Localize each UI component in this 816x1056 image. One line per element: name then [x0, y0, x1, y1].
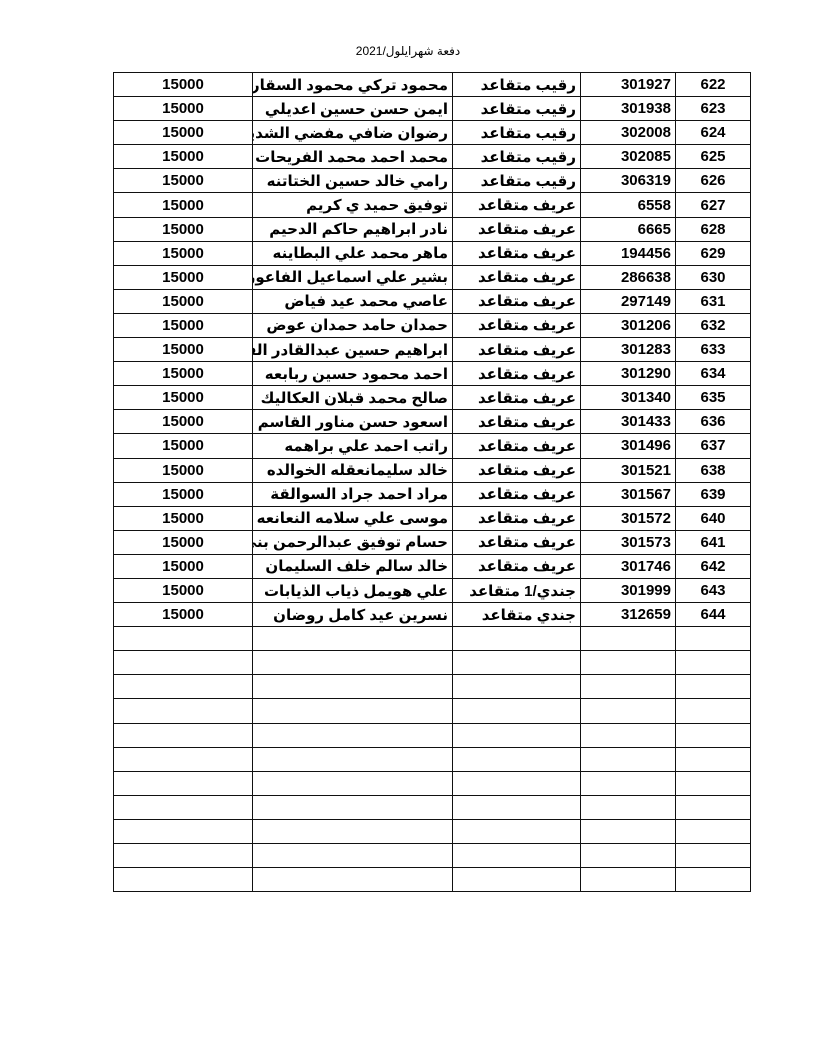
table-row: 15000رامي خالد حسين الختاتنهرقيب متقاعد3… [114, 169, 751, 193]
table-row: 15000ماهر محمد علي البطاينهعريف متقاعد19… [114, 241, 751, 265]
name-cell: محمد احمد محمد الفريحات [253, 145, 453, 169]
empty-military-id-cell [581, 699, 676, 723]
empty-name-cell [253, 747, 453, 771]
table-row: 15000خالد سليمانعقله الخوالدهعريف متقاعد… [114, 458, 751, 482]
amount-cell: 15000 [114, 145, 253, 169]
sequence-number-cell: 627 [676, 193, 751, 217]
name-cell: راتب احمد علي براهمه [253, 434, 453, 458]
empty-sequence-number-cell [676, 868, 751, 892]
empty-table-row [114, 747, 751, 771]
amount-cell: 15000 [114, 410, 253, 434]
rank-cell: رقيب متقاعد [453, 145, 581, 169]
name-cell: ابراهيم حسين عبدالقادر القواقنه [253, 338, 453, 362]
rank-cell: عريف متقاعد [453, 265, 581, 289]
military-id-cell: 302008 [581, 121, 676, 145]
table-row: 15000ابراهيم حسين عبدالقادر القواقنهعريف… [114, 338, 751, 362]
sequence-number-cell: 633 [676, 338, 751, 362]
rank-cell: عريف متقاعد [453, 482, 581, 506]
sequence-number-cell: 628 [676, 217, 751, 241]
amount-cell: 15000 [114, 578, 253, 602]
sequence-number-cell: 631 [676, 289, 751, 313]
empty-amount-cell [114, 819, 253, 843]
table-row: 15000مراد احمد جراد السوالقةعريف متقاعد3… [114, 482, 751, 506]
military-id-cell: 194456 [581, 241, 676, 265]
military-id-cell: 312659 [581, 603, 676, 627]
name-cell: خالد سليمانعقله الخوالده [253, 458, 453, 482]
military-id-cell: 301496 [581, 434, 676, 458]
sequence-number-cell: 624 [676, 121, 751, 145]
rank-cell: عريف متقاعد [453, 241, 581, 265]
empty-rank-cell [453, 675, 581, 699]
name-cell: حسام توفيق عبدالرحمن بني عطا [253, 530, 453, 554]
empty-rank-cell [453, 844, 581, 868]
military-id-cell: 301290 [581, 362, 676, 386]
table-row: 15000راتب احمد علي براهمهعريف متقاعد3014… [114, 434, 751, 458]
empty-sequence-number-cell [676, 651, 751, 675]
name-cell: توفيق حميد ي كريم [253, 193, 453, 217]
table-row: 15000حسام توفيق عبدالرحمن بني عطاعريف مت… [114, 530, 751, 554]
empty-name-cell [253, 868, 453, 892]
table-row: 15000موسى علي سلامه النعانعهعريف متقاعد3… [114, 506, 751, 530]
rank-cell: رقيب متقاعد [453, 169, 581, 193]
name-cell: نادر ابراهيم حاكم الدحيم [253, 217, 453, 241]
name-cell: رضوان ضافي مفضي الشديفات [253, 121, 453, 145]
table-row: 15000نسرين عيد كامل روضانجندي متقاعد3126… [114, 603, 751, 627]
military-id-cell: 301340 [581, 386, 676, 410]
sequence-number-cell: 634 [676, 362, 751, 386]
name-cell: احمد محمود حسين ربابعه [253, 362, 453, 386]
amount-cell: 15000 [114, 482, 253, 506]
name-cell: عاصي محمد عيد فياض [253, 289, 453, 313]
amount-cell: 15000 [114, 313, 253, 337]
table-row: 15000نادر ابراهيم حاكم الدحيمعريف متقاعد… [114, 217, 751, 241]
roster-table: 15000محمود تركي محمود السقاررقيب متقاعد3… [113, 72, 751, 892]
empty-table-row [114, 627, 751, 651]
empty-sequence-number-cell [676, 747, 751, 771]
table-row: 15000بشير علي اسماعيل الفاعورعريف متقاعد… [114, 265, 751, 289]
military-id-cell: 301283 [581, 338, 676, 362]
empty-military-id-cell [581, 723, 676, 747]
name-cell: موسى علي سلامه النعانعه [253, 506, 453, 530]
table-row: 15000احمد محمود حسين ربابعهعريف متقاعد30… [114, 362, 751, 386]
empty-table-row [114, 675, 751, 699]
table-row: 15000محمد احمد محمد الفريحاترقيب متقاعد3… [114, 145, 751, 169]
military-id-cell: 301746 [581, 554, 676, 578]
empty-rank-cell [453, 651, 581, 675]
amount-cell: 15000 [114, 73, 253, 97]
table-row: 15000صالح محمد قبلان العكاليكعريف متقاعد… [114, 386, 751, 410]
sequence-number-cell: 640 [676, 506, 751, 530]
table-row: 15000علي هويمل ذياب الذياباتجندي/1 متقاع… [114, 578, 751, 602]
empty-sequence-number-cell [676, 844, 751, 868]
sequence-number-cell: 629 [676, 241, 751, 265]
military-id-cell: 301567 [581, 482, 676, 506]
empty-amount-cell [114, 747, 253, 771]
empty-name-cell [253, 795, 453, 819]
rank-cell: رقيب متقاعد [453, 73, 581, 97]
name-cell: صالح محمد قبلان العكاليك [253, 386, 453, 410]
amount-cell: 15000 [114, 362, 253, 386]
military-id-cell: 301572 [581, 506, 676, 530]
name-cell: محمود تركي محمود السقار [253, 73, 453, 97]
empty-sequence-number-cell [676, 723, 751, 747]
name-cell: ايمن حسن حسين اعديلي [253, 97, 453, 121]
empty-military-id-cell [581, 868, 676, 892]
table-row: 15000رضوان ضافي مفضي الشديفاترقيب متقاعد… [114, 121, 751, 145]
rank-cell: عريف متقاعد [453, 193, 581, 217]
name-cell: رامي خالد حسين الختاتنه [253, 169, 453, 193]
table-row: 15000اسعود حسن مناور القاسمعريف متقاعد30… [114, 410, 751, 434]
empty-rank-cell [453, 723, 581, 747]
rank-cell: عريف متقاعد [453, 410, 581, 434]
empty-table-row [114, 868, 751, 892]
name-cell: مراد احمد جراد السوالقة [253, 482, 453, 506]
empty-amount-cell [114, 723, 253, 747]
empty-rank-cell [453, 819, 581, 843]
rank-cell: رقيب متقاعد [453, 121, 581, 145]
sequence-number-cell: 622 [676, 73, 751, 97]
empty-amount-cell [114, 795, 253, 819]
rank-cell: عريف متقاعد [453, 386, 581, 410]
empty-sequence-number-cell [676, 675, 751, 699]
amount-cell: 15000 [114, 217, 253, 241]
empty-table-row [114, 699, 751, 723]
empty-amount-cell [114, 699, 253, 723]
name-cell: علي هويمل ذياب الذيابات [253, 578, 453, 602]
amount-cell: 15000 [114, 265, 253, 289]
empty-military-id-cell [581, 844, 676, 868]
empty-name-cell [253, 819, 453, 843]
military-id-cell: 306319 [581, 169, 676, 193]
empty-name-cell [253, 771, 453, 795]
page-title: دفعة شهرايلول/2021 [0, 44, 816, 58]
empty-table-row [114, 651, 751, 675]
table-row: 15000عاصي محمد عيد فياضعريف متقاعد297149… [114, 289, 751, 313]
name-cell: خالد سالم خلف السليمان [253, 554, 453, 578]
rank-cell: عريف متقاعد [453, 554, 581, 578]
name-cell: اسعود حسن مناور القاسم [253, 410, 453, 434]
amount-cell: 15000 [114, 97, 253, 121]
table-row: 15000محمود تركي محمود السقاررقيب متقاعد3… [114, 73, 751, 97]
amount-cell: 15000 [114, 241, 253, 265]
sequence-number-cell: 637 [676, 434, 751, 458]
table-row: 15000توفيق حميد ي كريمعريف متقاعد6558627 [114, 193, 751, 217]
amount-cell: 15000 [114, 386, 253, 410]
rank-cell: عريف متقاعد [453, 434, 581, 458]
empty-sequence-number-cell [676, 795, 751, 819]
rank-cell: عريف متقاعد [453, 338, 581, 362]
amount-cell: 15000 [114, 169, 253, 193]
sequence-number-cell: 630 [676, 265, 751, 289]
military-id-cell: 301938 [581, 97, 676, 121]
sequence-number-cell: 638 [676, 458, 751, 482]
rank-cell: جندي/1 متقاعد [453, 578, 581, 602]
military-id-cell: 302085 [581, 145, 676, 169]
amount-cell: 15000 [114, 434, 253, 458]
empty-table-row [114, 819, 751, 843]
sequence-number-cell: 636 [676, 410, 751, 434]
empty-rank-cell [453, 627, 581, 651]
name-cell: نسرين عيد كامل روضان [253, 603, 453, 627]
empty-amount-cell [114, 651, 253, 675]
empty-table-row [114, 844, 751, 868]
table-row: 15000ايمن حسن حسين اعديليرقيب متقاعد3019… [114, 97, 751, 121]
roster-table-body: 15000محمود تركي محمود السقاررقيب متقاعد3… [114, 73, 751, 892]
amount-cell: 15000 [114, 458, 253, 482]
amount-cell: 15000 [114, 121, 253, 145]
amount-cell: 15000 [114, 193, 253, 217]
sequence-number-cell: 639 [676, 482, 751, 506]
empty-sequence-number-cell [676, 627, 751, 651]
sequence-number-cell: 623 [676, 97, 751, 121]
sequence-number-cell: 632 [676, 313, 751, 337]
empty-military-id-cell [581, 747, 676, 771]
sequence-number-cell: 625 [676, 145, 751, 169]
military-id-cell: 6558 [581, 193, 676, 217]
empty-military-id-cell [581, 771, 676, 795]
empty-rank-cell [453, 699, 581, 723]
sequence-number-cell: 642 [676, 554, 751, 578]
rank-cell: رقيب متقاعد [453, 97, 581, 121]
empty-amount-cell [114, 844, 253, 868]
name-cell: حمدان حامد حمدان عوض [253, 313, 453, 337]
military-id-cell: 297149 [581, 289, 676, 313]
amount-cell: 15000 [114, 530, 253, 554]
rank-cell: جندي متقاعد [453, 603, 581, 627]
military-id-cell: 301999 [581, 578, 676, 602]
empty-military-id-cell [581, 651, 676, 675]
rank-cell: عريف متقاعد [453, 506, 581, 530]
empty-name-cell [253, 699, 453, 723]
rank-cell: عريف متقاعد [453, 362, 581, 386]
military-id-cell: 301521 [581, 458, 676, 482]
table-row: 15000خالد سالم خلف السليمانعريف متقاعد30… [114, 554, 751, 578]
amount-cell: 15000 [114, 506, 253, 530]
military-id-cell: 301927 [581, 73, 676, 97]
amount-cell: 15000 [114, 554, 253, 578]
empty-military-id-cell [581, 795, 676, 819]
sequence-number-cell: 643 [676, 578, 751, 602]
sequence-number-cell: 641 [676, 530, 751, 554]
military-id-cell: 301433 [581, 410, 676, 434]
empty-military-id-cell [581, 675, 676, 699]
empty-military-id-cell [581, 627, 676, 651]
empty-rank-cell [453, 868, 581, 892]
empty-table-row [114, 795, 751, 819]
empty-name-cell [253, 651, 453, 675]
empty-amount-cell [114, 627, 253, 651]
empty-sequence-number-cell [676, 699, 751, 723]
empty-rank-cell [453, 747, 581, 771]
rank-cell: عريف متقاعد [453, 458, 581, 482]
empty-name-cell [253, 627, 453, 651]
sequence-number-cell: 635 [676, 386, 751, 410]
empty-name-cell [253, 723, 453, 747]
empty-sequence-number-cell [676, 819, 751, 843]
amount-cell: 15000 [114, 289, 253, 313]
sequence-number-cell: 626 [676, 169, 751, 193]
empty-amount-cell [114, 675, 253, 699]
empty-table-row [114, 723, 751, 747]
table-row: 15000حمدان حامد حمدان عوضعريف متقاعد3012… [114, 313, 751, 337]
military-id-cell: 6665 [581, 217, 676, 241]
military-id-cell: 301573 [581, 530, 676, 554]
empty-rank-cell [453, 771, 581, 795]
rank-cell: عريف متقاعد [453, 217, 581, 241]
rank-cell: عريف متقاعد [453, 289, 581, 313]
name-cell: ماهر محمد علي البطاينه [253, 241, 453, 265]
empty-sequence-number-cell [676, 771, 751, 795]
military-id-cell: 286638 [581, 265, 676, 289]
empty-rank-cell [453, 795, 581, 819]
rank-cell: عريف متقاعد [453, 313, 581, 337]
empty-amount-cell [114, 868, 253, 892]
amount-cell: 15000 [114, 603, 253, 627]
name-cell: بشير علي اسماعيل الفاعور [253, 265, 453, 289]
sequence-number-cell: 644 [676, 603, 751, 627]
empty-amount-cell [114, 771, 253, 795]
empty-military-id-cell [581, 819, 676, 843]
empty-name-cell [253, 844, 453, 868]
amount-cell: 15000 [114, 338, 253, 362]
military-id-cell: 301206 [581, 313, 676, 337]
rank-cell: عريف متقاعد [453, 530, 581, 554]
empty-name-cell [253, 675, 453, 699]
empty-table-row [114, 771, 751, 795]
